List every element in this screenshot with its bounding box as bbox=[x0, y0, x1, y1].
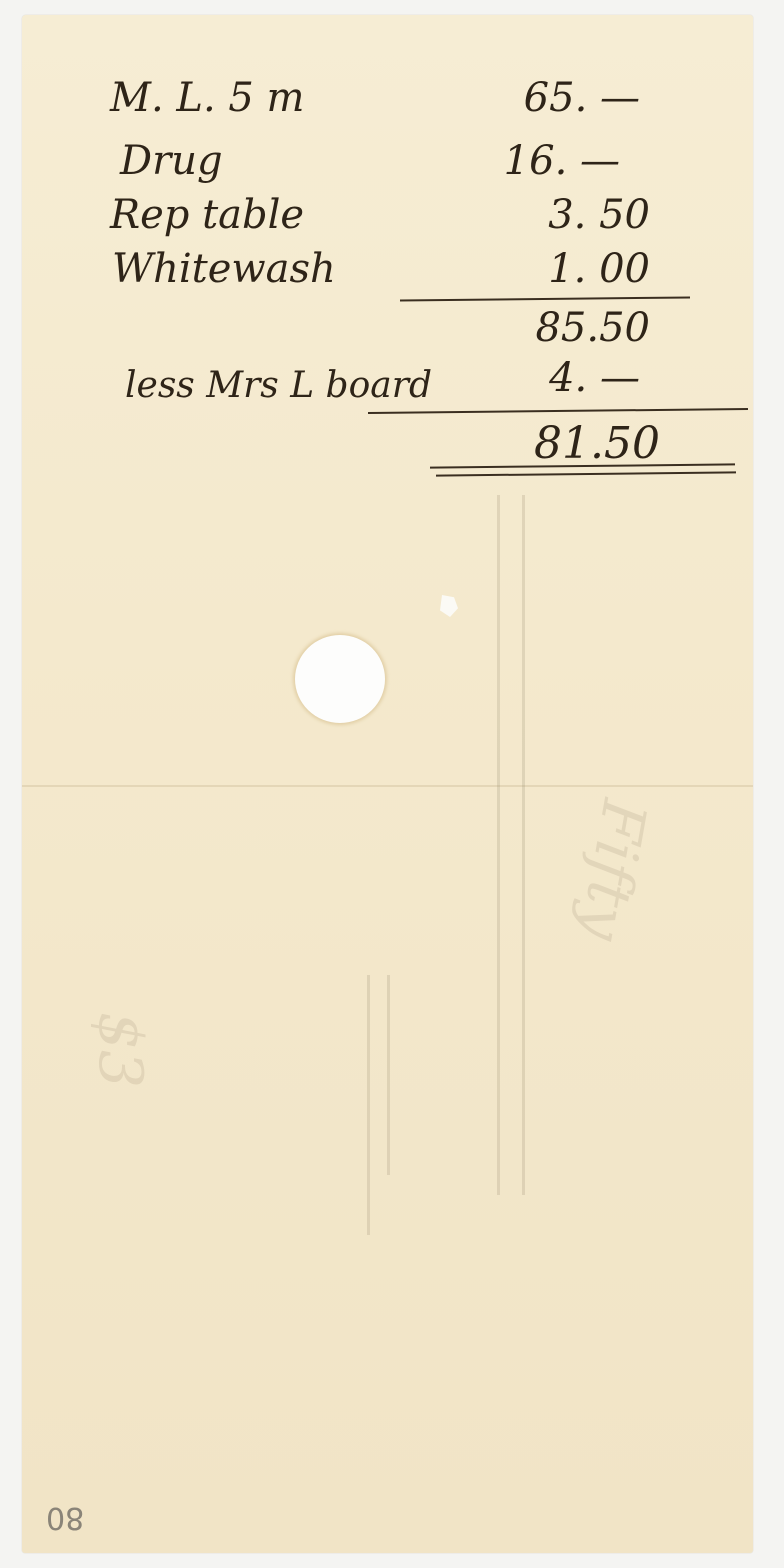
deduction-label: less Mrs L board bbox=[125, 365, 432, 406]
entry-amount: 1. 00 bbox=[480, 246, 650, 292]
bleed-through-line bbox=[497, 495, 500, 1195]
entry-label: M. L. 5 m bbox=[110, 75, 304, 121]
punch-hole bbox=[295, 635, 385, 723]
total-amount: 81.50 bbox=[490, 418, 660, 469]
fold-crease bbox=[22, 785, 753, 787]
bleed-through-script: Fifty bbox=[566, 794, 659, 945]
entry-label: Drug bbox=[120, 138, 223, 184]
bleed-through-line bbox=[387, 975, 390, 1175]
bleed-through-script: $3 bbox=[85, 1012, 155, 1088]
deduction-amount: 4. — bbox=[470, 355, 640, 401]
subtotal-amount: 85.50 bbox=[480, 305, 650, 351]
paper-tear bbox=[438, 595, 458, 617]
entry-label: Rep table bbox=[110, 192, 304, 238]
entry-amount: 3. 50 bbox=[480, 192, 650, 238]
entry-amount: 65. — bbox=[470, 75, 640, 121]
bleed-through-line bbox=[522, 495, 525, 1195]
entry-label: Whitewash bbox=[112, 246, 336, 292]
pencil-note: 80 bbox=[46, 1500, 84, 1535]
entry-amount: 16. — bbox=[450, 138, 620, 184]
bleed-through-line bbox=[367, 975, 370, 1235]
